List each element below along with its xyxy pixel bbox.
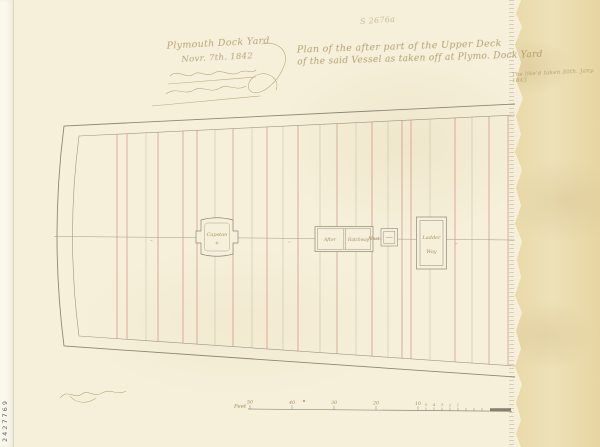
hatchway-outline: After Hatchway [315, 227, 373, 252]
signature-2 [152, 86, 260, 106]
signature-1 [168, 70, 256, 84]
scale-major-10: 10 [415, 401, 421, 407]
scale-minor-1: 1 [457, 402, 459, 407]
scale-minor-3: 3 [441, 402, 444, 407]
mast-label: Mast [367, 236, 380, 242]
scanned-ship-plan-page: 2427769 S 2676a Plymouth Dock Yard Novr.… [0, 0, 600, 447]
ladderway-label-1: Ladder [421, 235, 441, 241]
scale-minor-5: 5 [425, 402, 428, 407]
ladderway-label-2: Way [426, 249, 437, 255]
scale-end-block [490, 408, 511, 411]
capstan-label: Capstan [207, 232, 228, 238]
scale-minor-4: 4 [432, 402, 436, 407]
hatch-cell-left-label: After [323, 237, 337, 243]
scale-unit-label: Feet [233, 404, 247, 410]
capstan-partners: Capstan [196, 218, 238, 257]
scale-major-40: 40 [288, 400, 295, 406]
scale-major-20: 20 [372, 401, 379, 407]
signature-bottom-left [60, 391, 126, 402]
scale-major-50: 50 [247, 400, 253, 406]
signature-loop-flourish [248, 43, 285, 92]
scale-bar: Feet 50 40 30 20 [233, 400, 512, 412]
beam-lines-red [117, 115, 508, 365]
ladderway-outline: Ladder Way [417, 217, 447, 269]
hatch-cell-right-label: Hatchway [347, 237, 370, 242]
scale-minor-2: 2 [448, 402, 452, 407]
scale-major-30: 30 [331, 400, 337, 406]
